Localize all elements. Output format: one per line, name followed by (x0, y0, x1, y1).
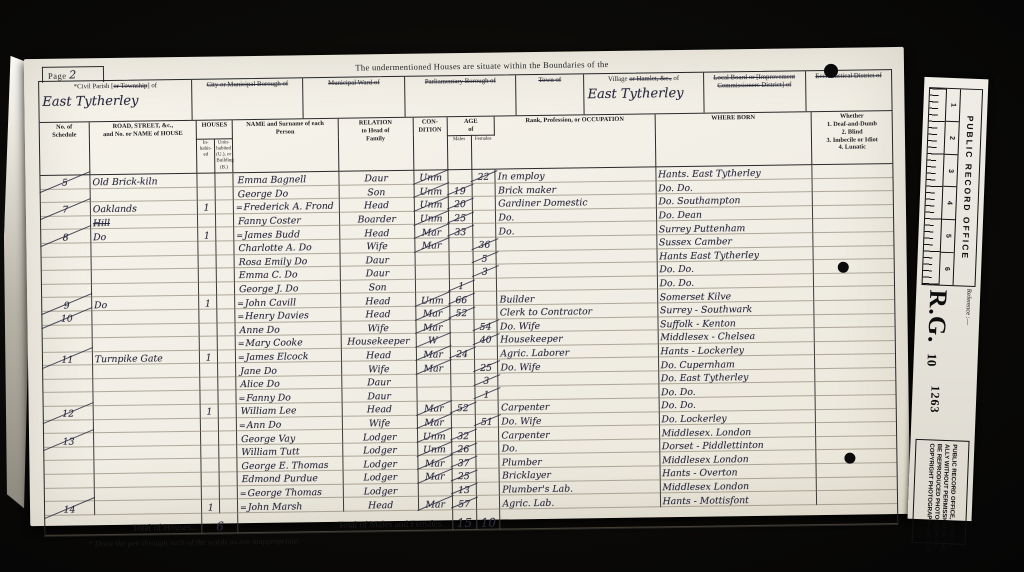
reference-label: Reference :— (964, 289, 972, 326)
cell-relation: Head (341, 347, 416, 362)
cell-inhabited (201, 445, 219, 459)
cell-uninhabited (219, 445, 237, 459)
header-condition: CON- DITION (413, 117, 448, 170)
cell-disability (814, 299, 894, 314)
header-houses: HOUSES (196, 120, 232, 139)
cell-disability (812, 164, 892, 179)
field-town: Town of (516, 74, 585, 115)
ink-dot (838, 262, 849, 273)
cell-age-female: 1 (474, 387, 498, 401)
header-males: Males (447, 135, 471, 170)
cell-name: =Frederick A. Frond (233, 198, 339, 213)
cell-schedule (42, 270, 92, 284)
cell-condition: Mar (416, 319, 450, 333)
cell-name: Emma Bagnell (233, 171, 339, 186)
cell-inhabited (198, 255, 216, 269)
cell-relation: Daur (340, 265, 415, 280)
cell-age-female: 5 (473, 251, 497, 265)
cell-uninhabited (216, 254, 234, 268)
cell-uninhabited (217, 295, 235, 309)
cell-uninhabited (218, 390, 236, 404)
cell-schedule: 8 (41, 229, 91, 243)
cell-age-female (472, 210, 496, 224)
scanned-census-photograph: Page 2 The undermentioned Houses are sit… (0, 0, 1024, 572)
cell-age-male: 24 (450, 346, 474, 360)
cell-uninhabited (215, 173, 233, 187)
cell-inhabited (201, 418, 219, 432)
cell-uninhabited (219, 431, 237, 445)
cell-relation: Head (340, 293, 415, 308)
cell-relation: Head (342, 401, 417, 416)
household-mark: = (239, 421, 245, 430)
header-relation: RELATION to Head of Family (338, 118, 414, 172)
field-parliamentary-borough: Parliamentary Borough of (405, 75, 516, 117)
total-houses-label: Total of Houses.. (45, 513, 202, 535)
cell-inhabited (199, 322, 217, 336)
cell-condition: Mar (415, 306, 449, 320)
field-municipal-ward: Municipal Ward of (303, 77, 406, 118)
field-local-board: Local Board or [Improvement Commissioner… (704, 71, 807, 112)
total-houses-value: 6 (202, 513, 238, 533)
header-age: AGE of (447, 117, 495, 136)
cell-age-male: 19 (448, 183, 472, 197)
cell-relation: Head (343, 496, 418, 511)
cell-schedule: 14 (45, 501, 95, 515)
header-born: WHERE BORN (655, 112, 812, 167)
cell-disability (814, 272, 894, 287)
cell-schedule (42, 256, 92, 270)
cell-inhabited (198, 214, 216, 228)
cell-schedule: 10 (42, 311, 92, 325)
cell-age-female (476, 482, 500, 496)
cell-condition: Mar (417, 401, 451, 415)
cell-uninhabited (219, 472, 237, 486)
cell-age-male (448, 169, 472, 183)
cell-relation: Daur (340, 252, 415, 267)
cell-schedule: 12 (44, 406, 94, 420)
cell-disability (815, 381, 895, 396)
cell-age-male: 37 (452, 455, 476, 469)
header-females: Females (471, 135, 495, 170)
header-disability: Whether 1. Deaf-and-Dumb 2. Blind 3. Imb… (811, 111, 892, 165)
cell-age-male: 20 (448, 197, 472, 211)
cell-uninhabited (218, 417, 236, 431)
reference-piece: 1263 (927, 385, 943, 414)
ruler: 1 2 3 4 5 6 PUBLIC RECORD OFFICE (922, 87, 984, 287)
cell-inhabited (199, 282, 217, 296)
cell-name: George E. Thomas (237, 457, 343, 472)
cell-age-male: 25 (448, 210, 472, 224)
cell-inhabited (200, 363, 218, 377)
cell-relation: Wife (341, 360, 416, 375)
cell-inhabited (199, 336, 217, 350)
person-name: Anne Do (240, 324, 280, 336)
cell-name: Edmond Purdue (237, 470, 343, 485)
cell-inhabited (201, 458, 219, 472)
cell-disability (814, 259, 894, 274)
cell-uninhabited (218, 363, 236, 377)
cell-name: =George Thomas (237, 484, 343, 499)
household-mark: = (236, 204, 242, 213)
reference-section: R.G. 10 1263 Reference :— (917, 285, 976, 415)
cell-condition: Mar (414, 224, 448, 238)
field-civil-parish: *Civil Parish [or Township] of East Tyth… (39, 80, 193, 122)
cell-age-male (449, 237, 473, 251)
cell-inhabited (200, 390, 218, 404)
cell-schedule (43, 365, 93, 379)
cell-name: =John Marsh (237, 497, 343, 512)
cell-condition: Unm (414, 170, 448, 184)
cell-disability (813, 245, 893, 260)
cell-age-male: 25 (452, 468, 476, 482)
civil-parish-value: East Tytherley (42, 93, 189, 111)
cell-age-male (449, 265, 473, 279)
census-document: Page 2 The undermentioned Houses are sit… (24, 47, 910, 526)
cell-age-female (472, 196, 496, 210)
header-schedule: No. of Schedule (40, 122, 90, 175)
cell-condition: Mar (418, 469, 452, 483)
household-mark: = (237, 312, 243, 321)
cell-uninhabited (216, 227, 234, 241)
page-label: Page (48, 71, 67, 81)
cell-condition (416, 374, 450, 388)
cell-relation: Lodger (342, 428, 417, 443)
header-road: ROAD, STREET, &c., and No. or NAME of HO… (89, 121, 197, 175)
cell-uninhabited (216, 268, 234, 282)
cell-disability (813, 218, 893, 233)
cell-age-male (451, 414, 475, 428)
cell-disability (813, 231, 893, 246)
cell-name: =Henry Davies (235, 307, 341, 322)
cell-disability (815, 395, 895, 410)
cell-uninhabited (217, 336, 235, 350)
cell-condition: Mar (418, 496, 452, 510)
header-occupation: Rank, Profession, or OCCUPATION (495, 114, 656, 169)
ink-dot (844, 453, 855, 464)
cell-uninhabited (219, 485, 237, 499)
cell-condition: Unm (414, 211, 448, 225)
cell-disability (816, 408, 896, 423)
cell-disability (813, 191, 893, 206)
household-mark: = (240, 503, 246, 512)
cell-age-male: 52 (451, 400, 475, 414)
cell-age-female (475, 400, 499, 414)
cell-age-male: 26 (451, 441, 475, 455)
cell-condition: Unm (415, 292, 449, 306)
cell-relation: Head (339, 197, 414, 212)
person-name: Ann Do (247, 420, 282, 431)
cell-name: =Mary Cooke (235, 334, 341, 349)
cell-age-male: 13 (452, 482, 476, 496)
cell-age-male (450, 373, 474, 387)
cell-disability (815, 367, 895, 382)
cell-age-male: 52 (449, 305, 473, 319)
cell-inhabited (199, 309, 217, 323)
reference-series: R.G. 10 (920, 289, 951, 367)
cell-condition (415, 265, 449, 279)
household-mark: = (240, 489, 246, 498)
cell-uninhabited (216, 214, 234, 228)
cell-disability (814, 286, 894, 301)
cell-inhabited: 1 (202, 499, 220, 513)
cell-schedule (44, 447, 94, 461)
cell-relation: Daur (342, 388, 417, 403)
cell-disability (817, 476, 897, 491)
cell-age-male (449, 251, 473, 265)
cell-disability (813, 204, 893, 219)
census-form: *Civil Parish [or Township] of East Tyth… (38, 69, 898, 537)
cell-condition (418, 482, 452, 496)
cell-inhabited (202, 486, 220, 500)
cell-relation: Daur (341, 374, 416, 389)
cell-relation: Wife (339, 238, 414, 253)
cell-inhabited: 1 (199, 295, 217, 309)
cell-age-female (476, 495, 500, 509)
cell-age-male (450, 319, 474, 333)
cell-name: Alice Do (236, 375, 342, 390)
cell-relation: Head (340, 306, 415, 321)
person-name: Jane Do (240, 365, 277, 377)
cell-inhabited (201, 472, 219, 486)
cell-uninhabited (215, 186, 233, 200)
cell-inhabited: 1 (200, 404, 218, 418)
cell-relation: Head (339, 225, 414, 240)
cell-name: George Do (233, 185, 339, 200)
cell-relation: Wife (342, 415, 417, 430)
cell-age-male: 32 (451, 428, 475, 442)
cell-schedule: 13 (44, 433, 94, 447)
cell-condition: Mar (417, 455, 451, 469)
cell-name: Anne Do (235, 321, 341, 336)
cell-uninhabited (217, 281, 235, 295)
cell-disability (812, 177, 892, 192)
cell-age-female (475, 427, 499, 441)
cell-disability (816, 422, 896, 437)
cell-age-female: 25 (474, 359, 498, 373)
cell-disability (816, 463, 896, 478)
cell-inhabited: 1 (198, 227, 216, 241)
cell-disability (817, 490, 897, 505)
cell-age-female (472, 223, 496, 237)
cell-condition (417, 387, 451, 401)
cell-condition (415, 251, 449, 265)
cell-age-female (475, 455, 499, 469)
cell-age-male: 66 (449, 292, 473, 306)
cell-condition: Unm (414, 183, 448, 197)
cell-relation: Wife (341, 320, 416, 335)
cell-age-male: 33 (448, 224, 472, 238)
cell-condition: W (416, 333, 450, 347)
cell-condition: Mar (416, 360, 450, 374)
form-title: The undermentioned Houses are situate wi… (243, 57, 721, 74)
copyright-notice: COPYRIGHT PHOTOGRAPH—NOT TO BE REPRODUCE… (912, 439, 970, 545)
census-rows: 5 Old Brick-kiln Emma Bagnell Daur Unm 2… (40, 164, 897, 516)
household-mark: = (239, 394, 245, 403)
cell-relation: Daur (339, 170, 414, 185)
cell-age-female: 3 (473, 264, 497, 278)
household-mark: = (236, 231, 242, 240)
cell-schedule: 11 (43, 351, 93, 365)
cell-relation: Housekeeper (341, 333, 416, 348)
cell-condition: Unm (414, 197, 448, 211)
cell-name: =James Elcock (235, 348, 341, 363)
cell-age-female (473, 305, 497, 319)
header-uninhabited: Unin- habited (U.), or Building (B.) (215, 138, 233, 172)
cell-age-female: 54 (474, 319, 498, 333)
cell-name: =John Cavill (235, 294, 341, 309)
cell-inhabited (200, 377, 218, 391)
cell-uninhabited (216, 241, 234, 255)
cell-condition (415, 278, 449, 292)
pro-reference-strip: 1 2 3 4 5 6 PUBLIC RECORD OFFICE R.G. 10… (908, 77, 989, 521)
village-value: East Tytherley (587, 86, 699, 104)
cell-name: Jane Do (236, 362, 342, 377)
page-number-value: 2 (69, 68, 77, 81)
cell-disability (816, 435, 896, 450)
cell-disability (814, 313, 894, 328)
field-ecclesiastical-district: Ecclesiastical District of (806, 70, 892, 111)
cell-schedule: 5 (40, 175, 90, 189)
cell-uninhabited (217, 309, 235, 323)
household-mark: = (238, 340, 244, 349)
cell-disability (816, 449, 896, 464)
household-mark: = (238, 353, 244, 362)
cell-uninhabited (217, 322, 235, 336)
cell-relation: Lodger (343, 469, 418, 484)
cell-uninhabited (218, 404, 236, 418)
cell-condition: Mar (414, 238, 448, 252)
cell-disability (815, 340, 895, 355)
cell-age-female (473, 278, 497, 292)
cell-schedule (43, 379, 93, 393)
cell-schedule: 7 (41, 202, 91, 216)
cell-age-female (475, 441, 499, 455)
person-name: Alice Do (240, 379, 280, 391)
cell-condition: Unm (417, 428, 451, 442)
cell-relation: Son (339, 184, 414, 199)
household-mark: = (237, 299, 243, 308)
cell-uninhabited (218, 377, 236, 391)
field-city-borough: City or Municipal Borough of (192, 78, 303, 120)
cell-inhabited: 1 (198, 200, 216, 214)
cell-condition: Unm (417, 442, 451, 456)
cell-age-male: 57 (452, 496, 476, 510)
cell-condition: Mar (417, 414, 451, 428)
cell-schedule (45, 474, 95, 488)
header-inhabited: In- habit- ed (197, 139, 215, 173)
cell-age-female: 51 (475, 414, 499, 428)
total-females-value: 10 (476, 509, 500, 529)
cell-name: Fanny Coster (233, 212, 339, 227)
cell-age-female (473, 291, 497, 305)
cell-age-female (476, 468, 500, 482)
cell-age-male (450, 333, 474, 347)
person-name: Fanny Do (246, 392, 291, 404)
field-village: Village or Hamlet, &c., of East Tytherle… (584, 73, 704, 115)
cell-schedule (42, 324, 92, 338)
cell-schedule (44, 460, 94, 474)
cell-age-female: 36 (472, 237, 496, 251)
cell-inhabited (198, 268, 216, 282)
cell-relation: Lodger (343, 456, 418, 471)
cell-inhabited (197, 187, 215, 201)
cell-inhabited: 1 (200, 350, 218, 364)
cell-age-female (474, 346, 498, 360)
cell-disability (814, 327, 894, 342)
total-mf-label: Total of Males and Females.. (238, 510, 453, 533)
census-table: No. of Schedule ROAD, STREET, &c., and N… (40, 111, 898, 536)
cell-age-male (451, 387, 475, 401)
cell-uninhabited (219, 458, 237, 472)
cell-inhabited (198, 241, 216, 255)
cell-inhabited (197, 173, 215, 187)
cell-age-female: 40 (474, 332, 498, 346)
cell-relation: Boarder (339, 211, 414, 226)
cell-condition: Mar (416, 346, 450, 360)
cell-age-female (472, 183, 496, 197)
cell-inhabited (201, 431, 219, 445)
cell-age-male (450, 360, 474, 374)
cell-uninhabited (220, 499, 238, 513)
cell-age-male: 1 (449, 278, 473, 292)
cell-relation: Lodger (342, 442, 417, 457)
cell-relation: Lodger (343, 483, 418, 498)
cell-uninhabited (215, 200, 233, 214)
cell-age-female: 22 (471, 169, 495, 183)
cell-age-female: 3 (474, 373, 498, 387)
cell-uninhabited (217, 349, 235, 363)
cell-disability (815, 354, 895, 369)
cell-schedule (41, 243, 91, 257)
header-name: NAME and Surname of each Person (232, 119, 338, 173)
total-males-value: 15 (452, 509, 476, 529)
cell-relation: Son (340, 279, 415, 294)
